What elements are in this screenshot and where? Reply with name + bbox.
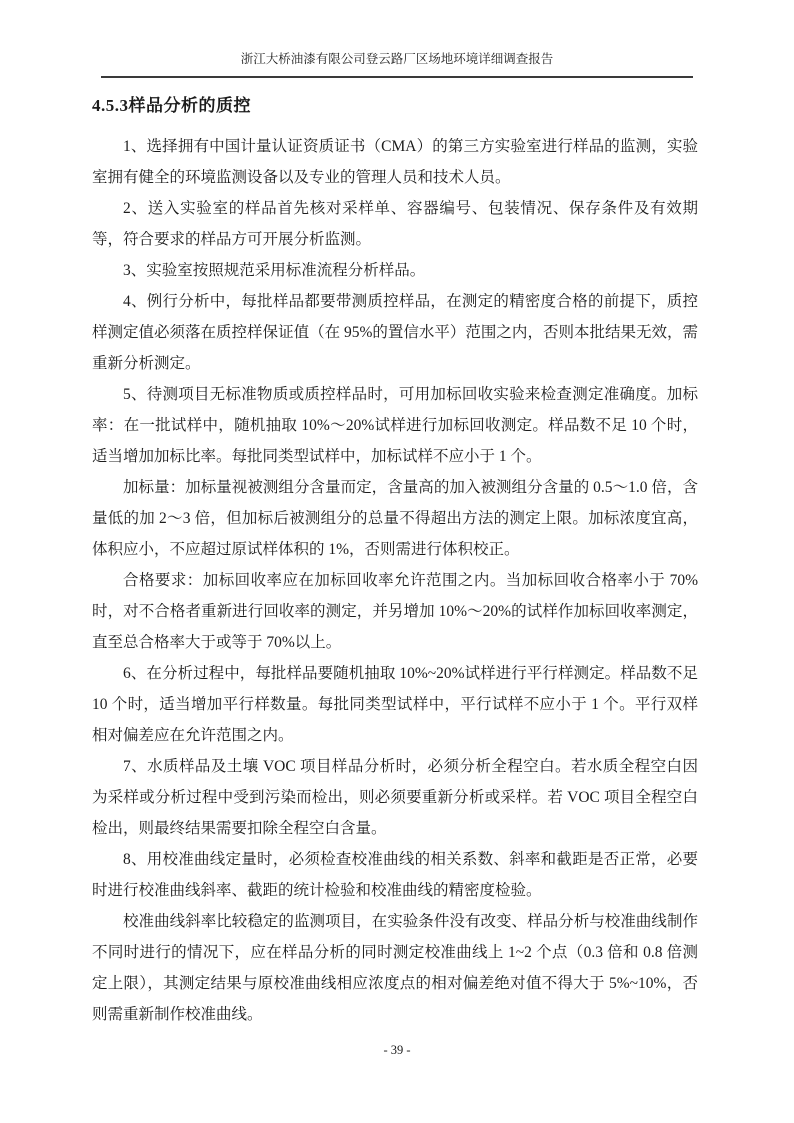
page-content: 4.5.3样品分析的质控 1、选择拥有中国计量认证资质证书（CMA）的第三方实验…	[92, 93, 698, 1030]
body-paragraph-4: 4、例行分析中，每批样品都要带测质控样品，在测定的精密度合格的前提下，质控样测定…	[92, 286, 698, 379]
page-number: - 39 -	[383, 1043, 410, 1057]
body-paragraph-7: 合格要求：加标回收率应在加标回收率允许范围之内。当加标回收合格率小于 70%时，…	[92, 565, 698, 658]
body-paragraph-6: 加标量：加标量视被测组分含量而定，含量高的加入被测组分含量的 0.5～1.0 倍…	[92, 472, 698, 565]
body-paragraph-3: 3、实验室按照规范采用标准流程分析样品。	[92, 255, 698, 286]
running-header-text: 浙江大桥油漆有限公司登云路厂区场地环境详细调查报告	[241, 52, 554, 66]
running-header: 浙江大桥油漆有限公司登云路厂区场地环境详细调查报告	[101, 0, 693, 78]
section-heading: 4.5.3样品分析的质控	[92, 93, 698, 119]
document-page: 浙江大桥油漆有限公司登云路厂区场地环境详细调查报告 4.5.3样品分析的质控 1…	[0, 0, 794, 1123]
body-text: 1、选择拥有中国计量认证资质证书（CMA）的第三方实验室进行样品的监测，实验室拥…	[92, 131, 698, 1030]
body-paragraph-2: 2、送入实验室的样品首先核对采样单、容器编号、包装情况、保存条件及有效期等，符合…	[92, 193, 698, 255]
body-paragraph-8: 6、在分析过程中，每批样品要随机抽取 10%~20%试样进行平行样测定。样品数不…	[92, 658, 698, 751]
body-paragraph-1: 1、选择拥有中国计量认证资质证书（CMA）的第三方实验室进行样品的监测，实验室拥…	[92, 131, 698, 193]
body-paragraph-10: 8、用校准曲线定量时，必须检查校准曲线的相关系数、斜率和截距是否正常，必要时进行…	[92, 844, 698, 906]
body-paragraph-5: 5、待测项目无标准物质或质控样品时，可用加标回收实验来检查测定准确度。加标率：在…	[92, 379, 698, 472]
page-footer: - 39 -	[0, 1041, 794, 1059]
body-paragraph-9: 7、水质样品及土壤 VOC 项目样品分析时，必须分析全程空白。若水质全程空白因为…	[92, 751, 698, 844]
body-paragraph-11: 校准曲线斜率比较稳定的监测项目，在实验条件没有改变、样品分析与校准曲线制作不同时…	[92, 906, 698, 1030]
